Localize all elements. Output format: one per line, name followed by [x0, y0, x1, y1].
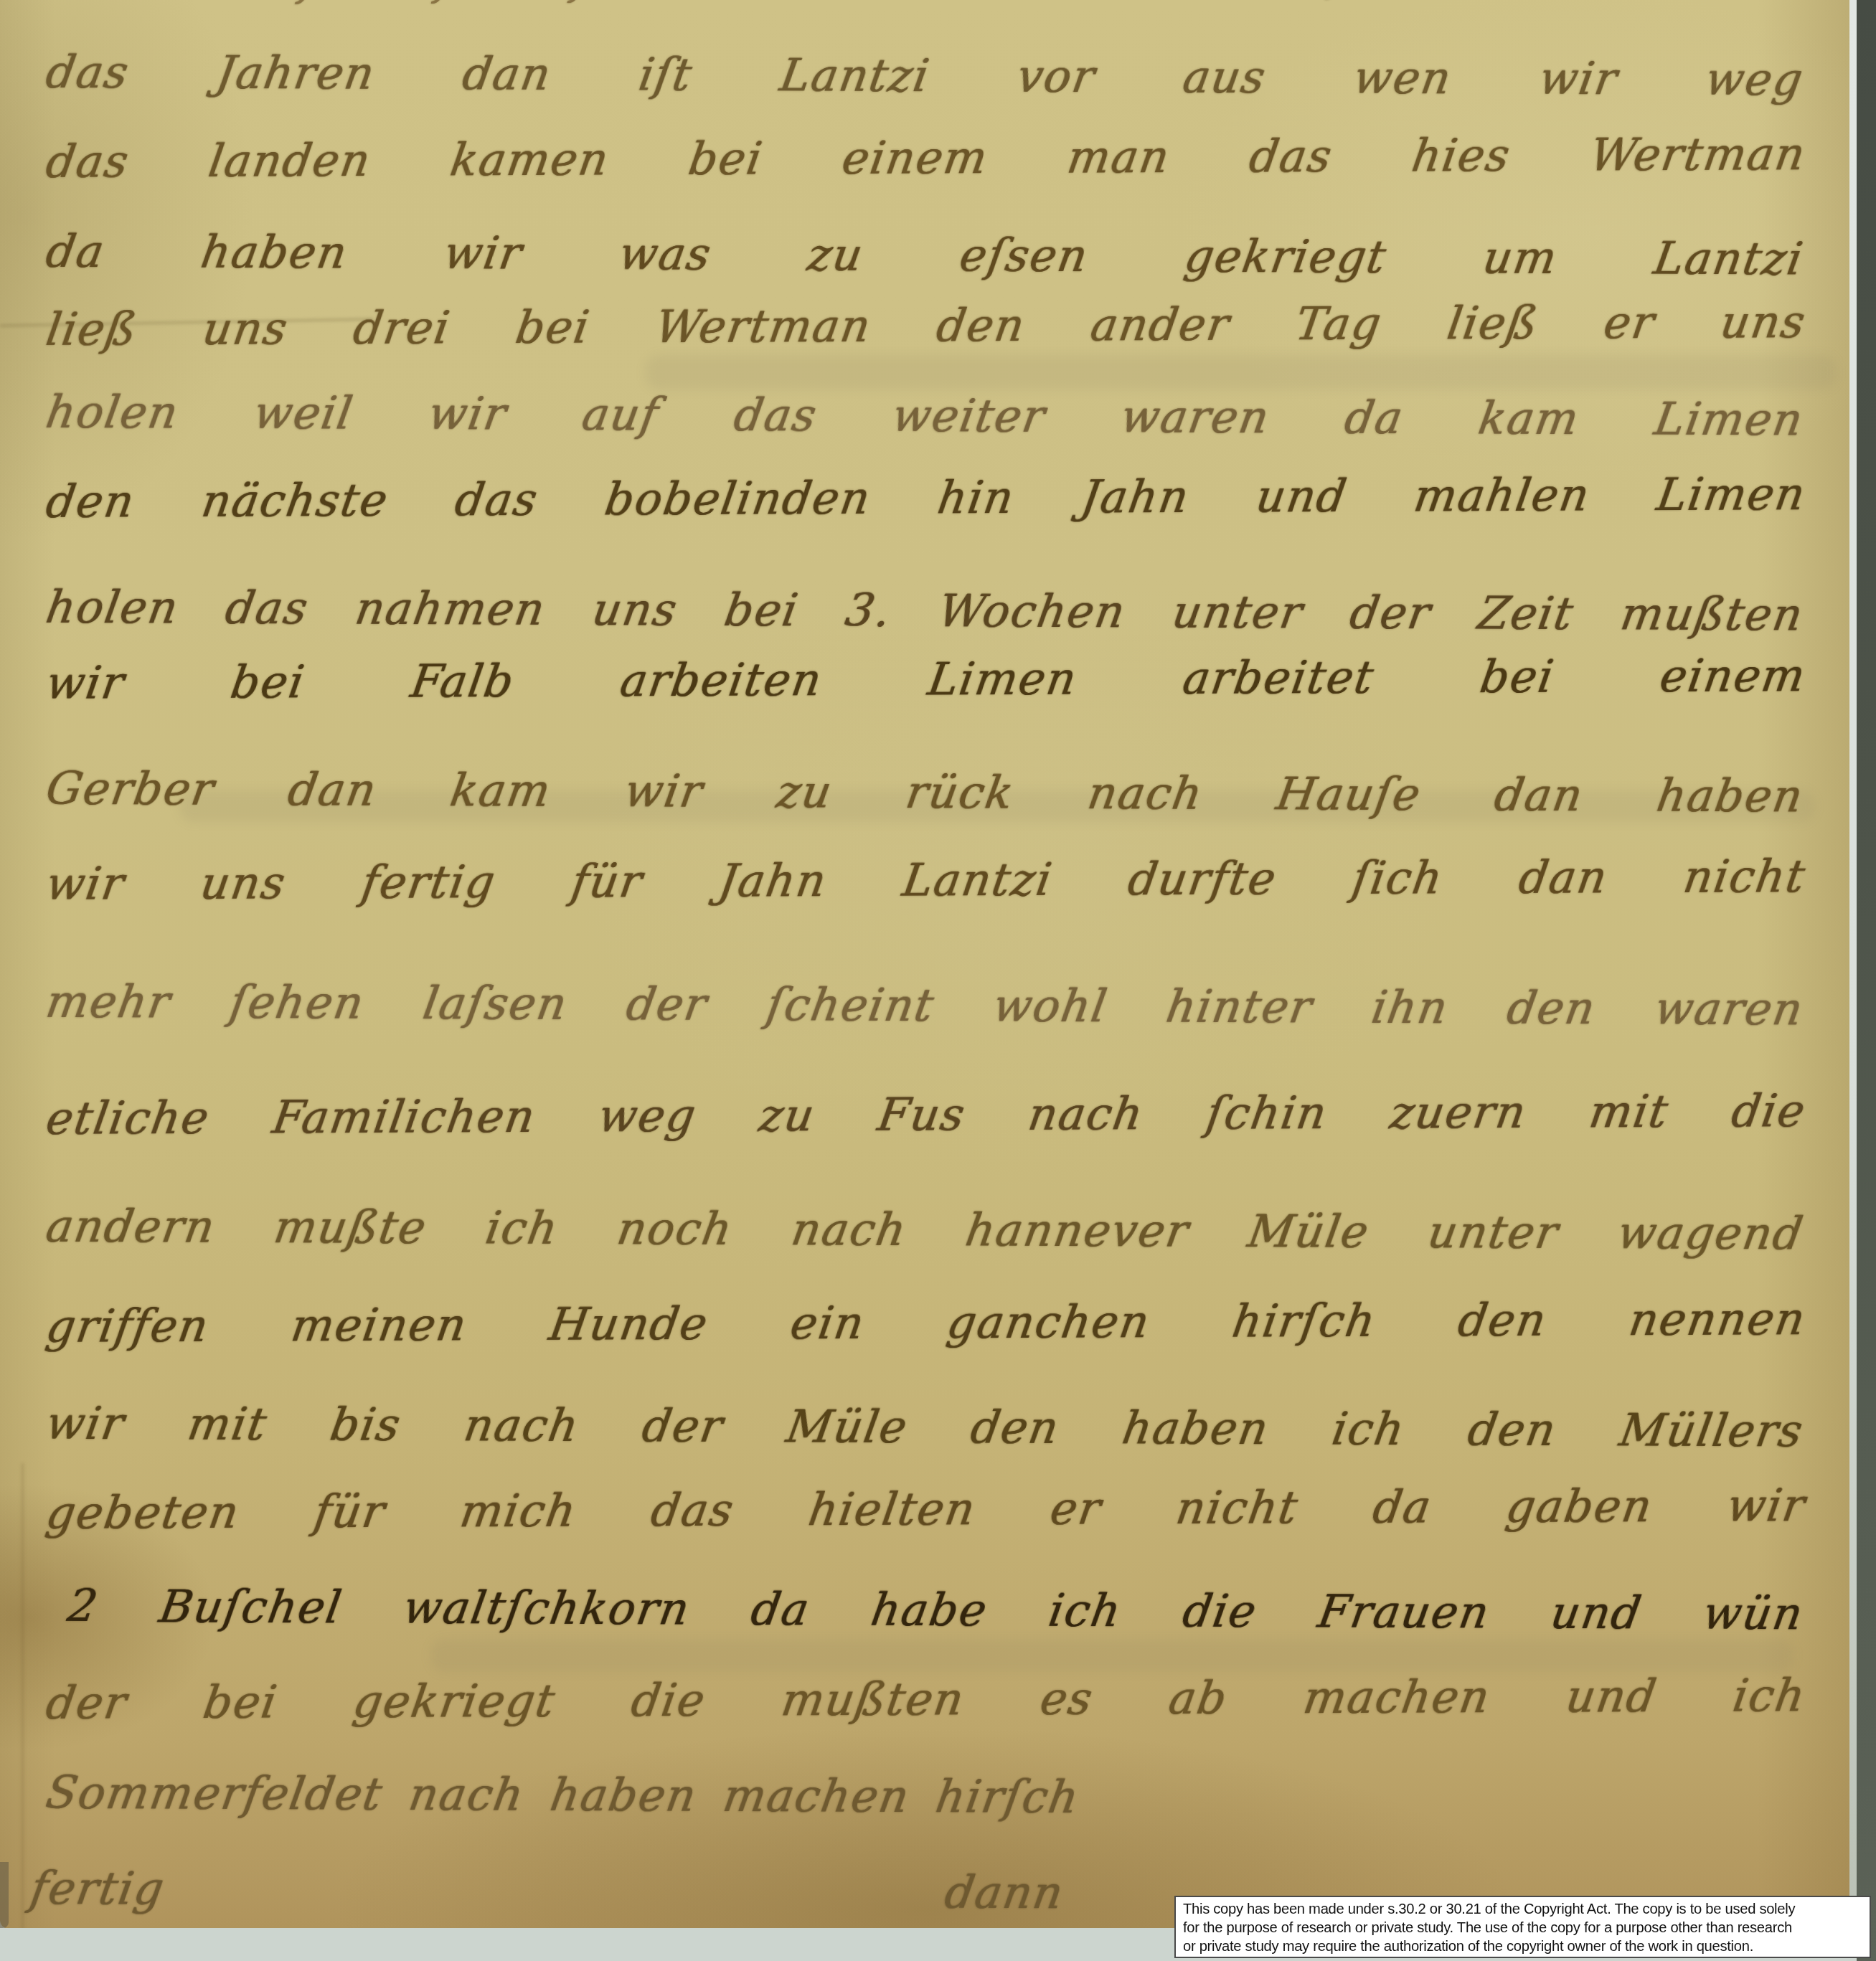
handwriting-line: 2 Buſchel waltſchkorn da habe ich die Fr… [60, 1559, 1811, 1662]
handwriting-line: griffen meinen Hunde ein ganchen hirſch … [39, 1271, 1813, 1374]
scanner-bed-strip [1857, 0, 1876, 1961]
letter-paper: ſ ſ ſ die zu haber ſchreiben buch das Ja… [0, 0, 1849, 1929]
scanned-letter-page: { "document": { "kind_label": "handwritt… [0, 0, 1876, 1961]
handwriting-line: Gerber dan kam wir zu rück nach Hauſe da… [39, 741, 1811, 844]
copyright-stamp: This copy has been made under s.30.2 or … [1174, 1896, 1871, 1958]
handwriting-line: das landen kamen bei einem man das hies … [39, 106, 1813, 209]
copyright-stamp-line: This copy has been made under s.30.2 or … [1183, 1900, 1855, 1919]
handwriting-line: Sommerfeldet nach haben machen hirſch fe… [39, 1745, 1087, 1845]
copyright-stamp-line: for the purpose of research or private s… [1183, 1919, 1855, 1937]
handwriting-line: gebeten für mich das hielten er nicht da… [39, 1457, 1813, 1561]
copyright-stamp-line: or private study may require the authori… [1183, 1937, 1855, 1956]
handwriting-line: den nächste das bobelinden hin Jahn und … [39, 446, 1813, 549]
handwriting-line: wir uns fertig für Jahn Lantzi durfte ſi… [39, 828, 1813, 932]
page-corner-shadow [0, 1862, 9, 1928]
handwriting-line: wir bei Falb arbeiten Limen arbeitet bei… [39, 628, 1813, 731]
handwriting-line: andern mußte ich noch nach hannever Müle… [39, 1178, 1811, 1282]
handwriting-line: mehr ſehen laſsen der ſcheint wohl hinte… [39, 954, 1811, 1057]
handwriting-line: ſ ſ ſ die zu haber ſchreiben buch [294, 0, 1802, 27]
paper-crease-vertical [22, 1463, 24, 1929]
paper-edge-highlight [1849, 0, 1857, 1961]
handwriting-line: ließ uns drei bei Wertman den ander Tag … [39, 274, 1813, 377]
handwriting-block: ſ ſ ſ die zu haber ſchreiben buch das Ja… [47, 0, 1804, 1929]
handwriting-line: etliche Familichen weg zu Fus nach ſchin… [39, 1063, 1813, 1166]
handwriting-line: der bei gekriegt die mußten es ab machen… [39, 1648, 1813, 1751]
